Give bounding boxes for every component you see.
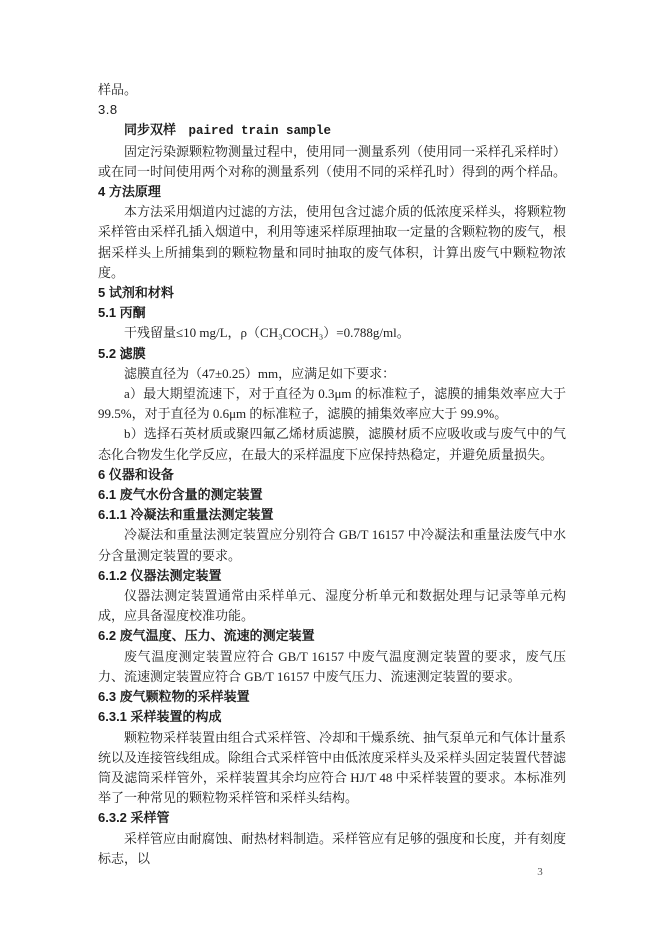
body-continuation-line: 样品。 — [98, 80, 566, 100]
heading-6-2-temp-pressure-velocity: 6.2 废气温度、压力、流速的测定装置 — [98, 626, 566, 646]
term-definition: 同步双样paired train sample — [98, 120, 566, 141]
heading-5-1-acetone: 5.1 丙酮 — [98, 303, 566, 323]
term-english: paired train sample — [189, 124, 332, 138]
paragraph-filter-req-b: b）选择石英材质或聚四氟乙烯材质滤膜，滤膜材质不应吸收或与废气中的气态化合物发生… — [98, 424, 566, 464]
paragraph-method-principle: 本方法采用烟道内过滤的方法，使用包含过滤介质的低浓度采样头，将颗粒物采样管由采样… — [98, 202, 566, 283]
paragraph-filter-req-a: a）最大期望流速下，对于直径为 0.3μm 的标准粒子，滤膜的捕集效率应大于 9… — [98, 384, 566, 424]
paragraph-acetone-spec: 干残留量≤10 mg/L，ρ（CH₃COCH₃）=0.788g/ml。 — [98, 323, 566, 343]
paragraph-sampling-device-composition: 颗粒物采样装置由组合式采样管、冷却和干燥系统、抽气泵单元和气体计量系统以及连接管… — [98, 728, 566, 809]
term-chinese: 同步双样 — [124, 122, 176, 137]
paragraph-sampling-tube: 采样管应由耐腐蚀、耐热材料制造。采样管应有足够的强度和长度，并有刻度标志，以 — [98, 829, 566, 869]
heading-5-reagents-materials: 5 试剂和材料 — [98, 283, 566, 303]
heading-6-instruments-equipment: 6 仪器和设备 — [98, 465, 566, 485]
paragraph-filter-diameter: 滤膜直径为（47±0.25）mm，应满足如下要求： — [98, 364, 566, 384]
paragraph-temp-pressure-velocity: 废气温度测定装置应符合 GB/T 16157 中废气温度测定装置的要求，废气压力… — [98, 647, 566, 687]
heading-6-1-2-instrumental-device: 6.1.2 仪器法测定装置 — [98, 566, 566, 586]
heading-4-method-principle: 4 方法原理 — [98, 182, 566, 202]
heading-6-3-particulate-sampling-device: 6.3 废气颗粒物的采样装置 — [98, 687, 566, 707]
paragraph-condensation-gravimetric: 冷凝法和重量法测定装置应分别符合 GB/T 16157 中冷凝法和重量法废气中水… — [98, 525, 566, 565]
paragraph-term-description: 固定污染源颗粒物测量过程中，使用同一测量系列（使用同一采样孔采样时）或在同一时间… — [98, 142, 566, 182]
clause-number-3-8: 3.8 — [98, 100, 566, 120]
heading-6-3-2-sampling-tube: 6.3.2 采样管 — [98, 808, 566, 828]
page-content: 样品。 3.8 同步双样paired train sample 固定污染源颗粒物… — [98, 80, 566, 869]
heading-6-3-1-sampling-device-composition: 6.3.1 采样装置的构成 — [98, 707, 566, 727]
document-page: 样品。 3.8 同步双样paired train sample 固定污染源颗粒物… — [0, 0, 662, 936]
heading-5-2-filter-membrane: 5.2 滤膜 — [98, 344, 566, 364]
page-number: 3 — [520, 866, 560, 878]
paragraph-instrumental-device: 仪器法测定装置通常由采样单元、湿度分析单元和数据处理与记录等单元构成，应具备湿度… — [98, 586, 566, 626]
heading-6-1-1-condensation-gravimetric: 6.1.1 冷凝法和重量法测定装置 — [98, 505, 566, 525]
heading-6-1-moisture-measurement: 6.1 废气水份含量的测定装置 — [98, 485, 566, 505]
